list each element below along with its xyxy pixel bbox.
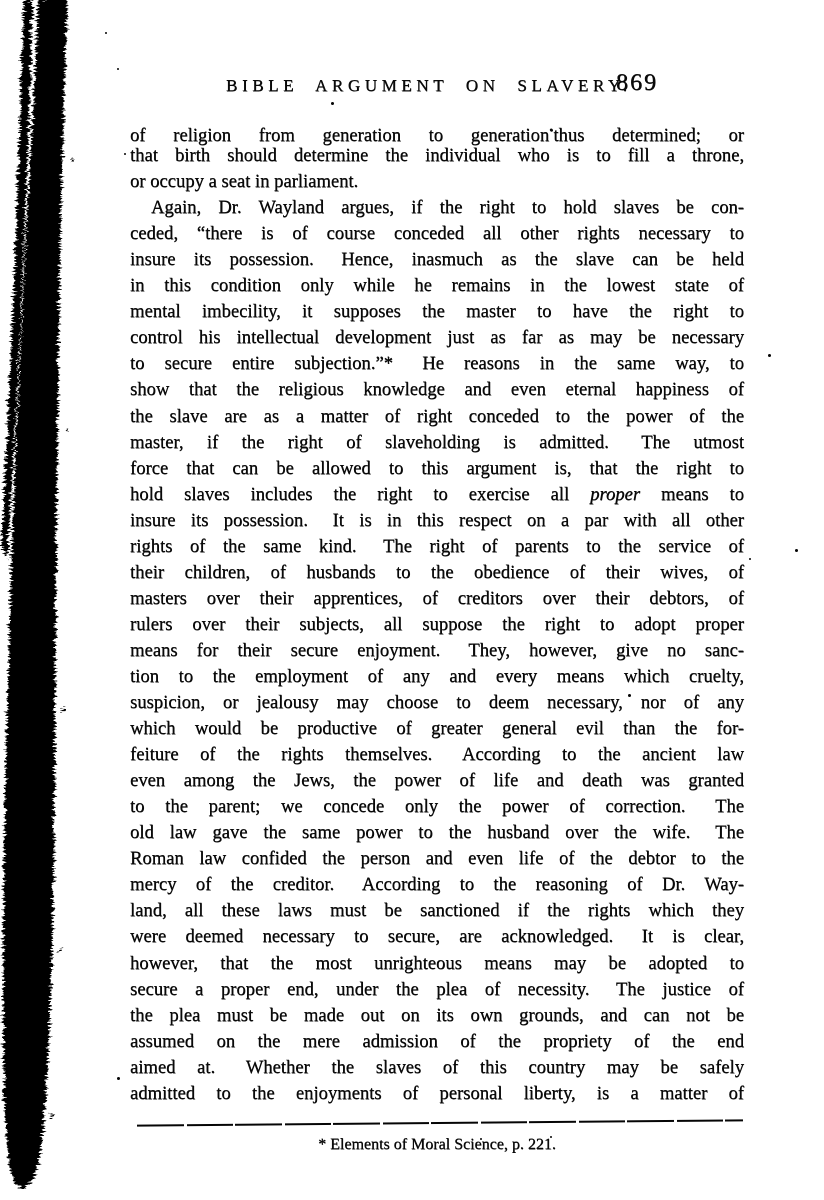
text-line: Roman law confided the person and even l… (130, 846, 744, 872)
text-line: secure a proper end, under the plea of n… (130, 977, 744, 1003)
text-line: which would be productive of greater gen… (130, 716, 744, 742)
running-title: BIBLE ARGUMENT ON SLAVERY. (226, 76, 631, 96)
text-line: suspicion, or jealousy may choose to dee… (130, 690, 744, 716)
text-line: hold slaves includes the right to exerci… (130, 482, 744, 508)
text-line: the plea must be made out on its own gro… (130, 1003, 744, 1029)
ink-speck (117, 68, 119, 70)
text-line: tion to the employment of any and every … (130, 664, 744, 690)
text-line: in this condition only while he remains … (130, 273, 744, 299)
footnote-text: * Elements of Moral Science, p. 221. (130, 1136, 744, 1154)
ink-speck (105, 32, 107, 34)
text-line: insure its possession. It is in this res… (130, 508, 744, 534)
footnote-separator-rule (137, 1119, 743, 1127)
text-line: even among the Jews, the power of life a… (130, 768, 744, 794)
ink-speck (117, 1077, 120, 1080)
ink-speck (768, 354, 771, 357)
text-line: their children, of husbands to the obedi… (130, 560, 744, 586)
page-number: 869 (616, 70, 658, 97)
text-line: land, all these laws must be sanctioned … (130, 898, 744, 924)
text-line: means for their secure enjoyment. They, … (130, 638, 744, 664)
text-line: insure its possession. Hence, inasmuch a… (130, 247, 744, 273)
text-line: however, that the most unrighteous means… (130, 951, 744, 977)
ink-speck (795, 549, 798, 552)
text-line: of religion from generation to generatio… (130, 117, 744, 143)
text-line: assumed on the mere admission of the pro… (130, 1029, 744, 1055)
text-line: admitted to the enjoyments of personal l… (130, 1081, 744, 1107)
ink-speck (749, 558, 751, 560)
text-line: show that the religious knowledge and ev… (130, 377, 744, 403)
ink-speck (331, 102, 334, 105)
ink-speck (628, 694, 631, 697)
text-line: ceded, “there is of course conceded all … (130, 221, 744, 247)
text-line: or occupy a seat in parliament. (130, 169, 744, 195)
text-line: Again, Dr. Wayland argues, if the right … (130, 195, 744, 221)
text-line: to secure entire subjection.”* He reason… (130, 351, 744, 377)
ink-speck (124, 153, 126, 155)
ink-speck (480, 1138, 482, 1140)
text-line: rights of the same kind. The right of pa… (130, 534, 744, 560)
text-line: were deemed necessary to secure, are ack… (130, 924, 744, 950)
text-line: that birth should determine the individu… (130, 143, 744, 169)
text-line: rulers over their subjects, all suppose … (130, 612, 744, 638)
text-line: control his intellectual development jus… (130, 325, 744, 351)
body-text: of religion from generation to generatio… (130, 117, 744, 1107)
text-line: masters over their apprentices, of credi… (130, 586, 744, 612)
text-line: master, if the right of slaveholding is … (130, 430, 744, 456)
text-line: force that can be allowed to this argume… (130, 456, 744, 482)
ink-speck (550, 1136, 552, 1138)
text-line: mercy of the creditor. According to the … (130, 872, 744, 898)
text-line: feiture of the rights themselves. Accord… (130, 742, 744, 768)
text-line: the slave are as a matter of right conce… (130, 404, 744, 430)
book-page: BIBLE ARGUMENT ON SLAVERY. 869 of religi… (0, 0, 824, 1200)
text-line: to the parent; we concede only the power… (130, 794, 744, 820)
text-line: aimed at. Whether the slaves of this cou… (130, 1055, 744, 1081)
text-line: mental imbecility, it supposes the maste… (130, 299, 744, 325)
binding-shadow (0, 0, 130, 1200)
scanned-book-page: { "header": { "title": "BIBLE ARGUMENT O… (0, 0, 824, 1200)
text-line: old law gave the same power to the husba… (130, 820, 744, 846)
